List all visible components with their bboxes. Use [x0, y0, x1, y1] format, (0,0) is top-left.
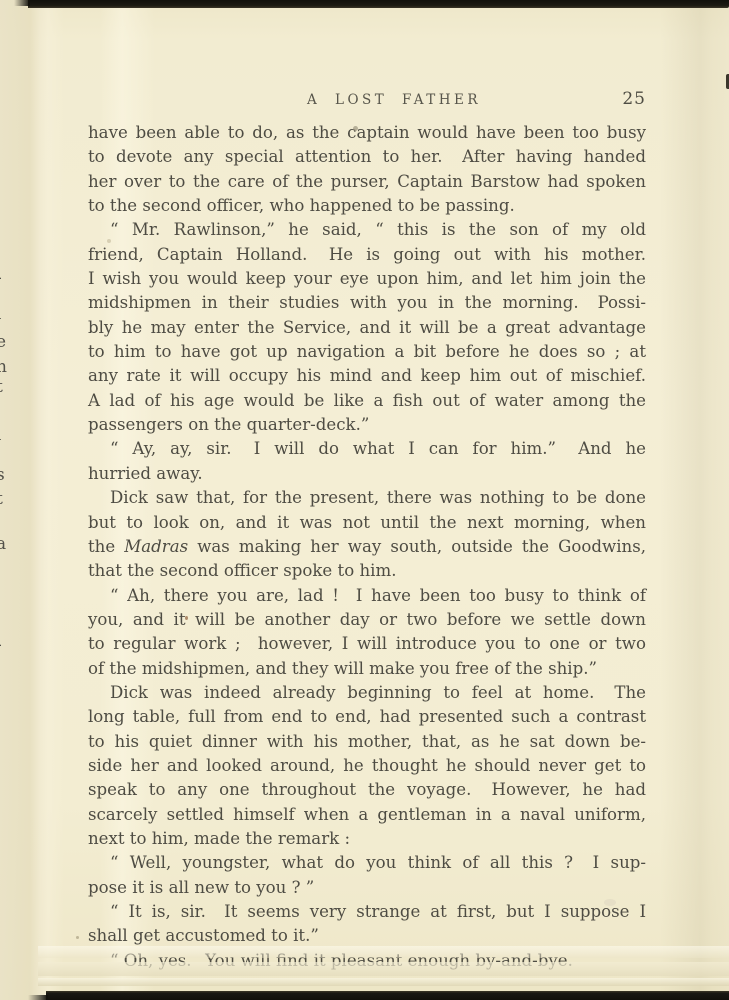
text-line: have been able to do, as the captain wou…: [88, 121, 646, 145]
dust-speck: [185, 616, 188, 620]
text-line: Dick was indeed already beginning to fee…: [88, 681, 646, 705]
text-line: “ Well, youngster, what do you think of …: [88, 851, 646, 875]
text-line: hurried away.: [88, 462, 646, 486]
text-line: any rate it will occupy his mind and kee…: [88, 364, 646, 388]
dust-speck: [604, 899, 616, 906]
text-line: speak to any one throughout the voyage. …: [88, 778, 646, 802]
page-text: have been able to do, as the captain wou…: [88, 121, 646, 973]
text-line: side her and looked around, he thought h…: [88, 754, 646, 778]
book-page-scan: -lentl.sta.- A LOST FATHER 25 have been …: [0, 0, 729, 1000]
page-number: 25: [622, 89, 646, 109]
text-line: passengers on the quarter-deck.”: [88, 413, 646, 437]
gutter-fragment: a: [0, 536, 6, 553]
text-line: “ Ah, there you are, lad ! I have been t…: [88, 584, 646, 608]
text-line: her over to the care of the purser, Capt…: [88, 170, 646, 194]
text-line: you, and it will be another day or two b…: [88, 608, 646, 632]
gutter-fragment: s: [0, 467, 5, 484]
text-line: that the second officer spoke to him.: [88, 559, 646, 583]
dust-speck: [353, 126, 358, 131]
text-line: to regular work ; however, I will introd…: [88, 632, 646, 656]
scan-top-edge: [28, 0, 729, 8]
gutter-fragment: l: [0, 306, 1, 323]
dust-speck: [107, 239, 111, 243]
text-line: bly he may enter the Service, and it wil…: [88, 316, 646, 340]
page-edge-streak: [38, 946, 729, 958]
text-line: scarcely settled himself when a gentlema…: [88, 803, 646, 827]
text-line: but to look on, and it was not until the…: [88, 511, 646, 535]
text-line: long table, full from end to end, had pr…: [88, 705, 646, 729]
text-line: to him to have got up navigation a bit b…: [88, 340, 646, 364]
text-line: “ Mr. Rawlinson,” he said, “ this is the…: [88, 218, 646, 242]
gutter-fragment: e: [0, 334, 6, 351]
text-line: Dick saw that, for the present, there wa…: [88, 486, 646, 510]
gutter-fragment: -: [0, 270, 2, 287]
gutter-fragment: .: [0, 608, 1, 625]
dust-speck: [76, 936, 79, 939]
text-line: A lad of his age would be like a fish ou…: [88, 389, 646, 413]
text-line: “ It is, sir. It seems very strange at f…: [88, 900, 646, 924]
page-header: A LOST FATHER 25: [88, 92, 646, 114]
gutter-fragment: n: [0, 359, 7, 376]
text-line: to devote any special attention to her. …: [88, 145, 646, 169]
page-edge-streaks: [38, 944, 729, 990]
page-edge-streak: [38, 978, 729, 986]
text-line: midshipmen in their studies with you in …: [88, 291, 646, 315]
text-line: pose it is all new to you ? ”: [88, 876, 646, 900]
text-line: “ Ay, ay, sir. I will do what I can for …: [88, 437, 646, 461]
gutter-fragment: l: [0, 427, 1, 444]
text-line: to his quiet dinner with his mother, tha…: [88, 730, 646, 754]
gutter-fragment: t: [0, 379, 3, 396]
gutter-text-fragments: -lentl.sta.-: [0, 0, 12, 1000]
text-line: friend, Captain Holland. He is going out…: [88, 243, 646, 267]
scan-bottom-edge: [46, 991, 729, 1000]
text-line: of the midshipmen, and they will make yo…: [88, 657, 646, 681]
page-edge-streak: [38, 962, 729, 976]
running-title: A LOST FATHER: [115, 92, 673, 108]
text-line: the Madras was making her way south, out…: [88, 535, 646, 559]
text-line: I wish you would keep your eye upon him,…: [88, 267, 646, 291]
gutter-fragment: t: [0, 491, 3, 508]
gutter-fragment: -: [0, 637, 2, 654]
gutter-fragment: .: [0, 449, 1, 466]
ship-name-italic: Madras: [124, 537, 188, 556]
text-line: next to him, made the remark :: [88, 827, 646, 851]
text-line: to the second officer, who happened to b…: [88, 194, 646, 218]
